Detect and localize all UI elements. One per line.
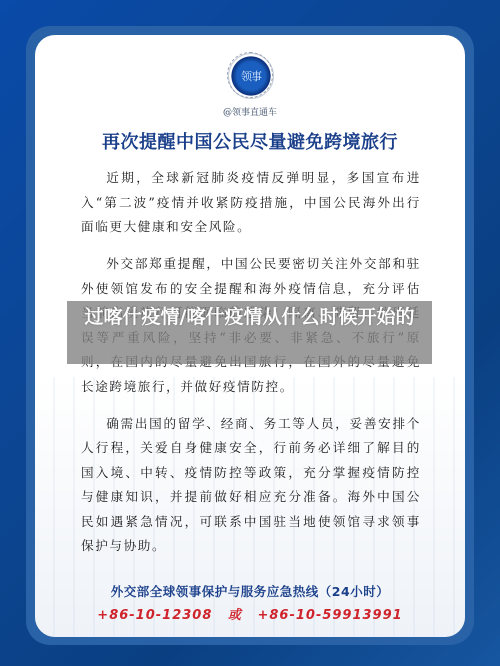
overlay-caption-title: 过喀什疫情/喀什疫情从什么时候开始的 — [67, 304, 432, 330]
phone-number-2: +86-10-59913991 — [257, 608, 402, 623]
poster-title: 再次提醒中国公民尽量避免跨境旅行 — [35, 128, 465, 154]
hotline-numbers: +86-10-12308 或 +86-10-59913991 — [35, 604, 465, 623]
seal-ring — [227, 52, 273, 98]
account-handle: @领事直通车 — [35, 105, 465, 118]
or-label: 或 — [228, 608, 242, 623]
phone-number-1: +86-10-12308 — [97, 608, 212, 623]
consular-affairs-seal-icon: 领事 — [228, 53, 274, 99]
paragraph-3: 确需出国的留学、经商、务工等人员，妥善安排个人行程，关爱自身健康安全，行前务必详… — [81, 412, 421, 559]
notice-body: 近期，全球新冠肺炎疫情反弹明显，多国宣布进入“第二波”疫情并收紧防疫措施，中国公… — [81, 166, 421, 571]
paragraph-1: 近期，全球新冠肺炎疫情反弹明显，多国宣布进入“第二波”疫情并收紧防疫措施，中国公… — [81, 166, 421, 240]
hotline-label: 外交部全球领事保护与服务应急热线（24小时） — [35, 582, 465, 600]
